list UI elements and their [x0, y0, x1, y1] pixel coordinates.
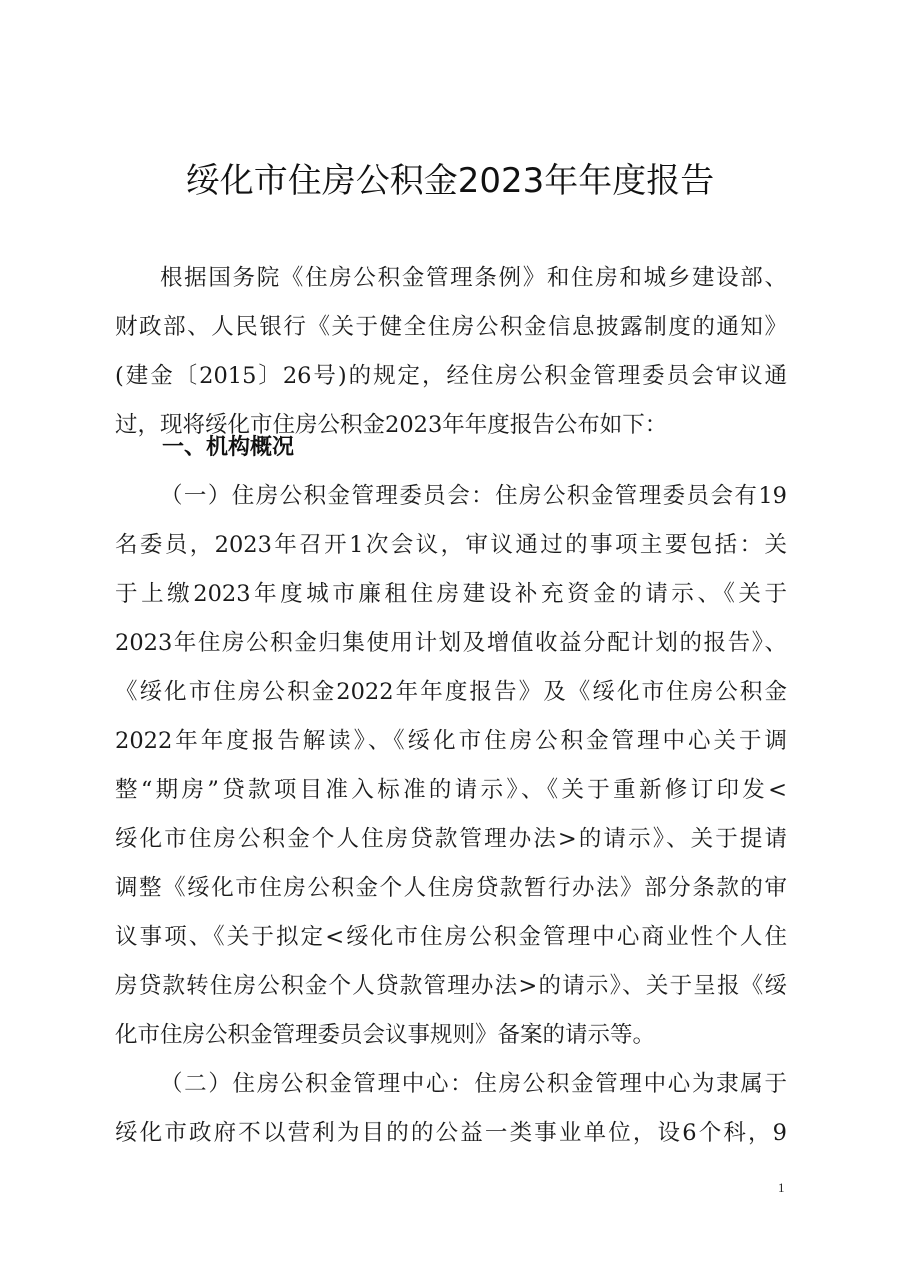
- subsection-1-line-9: 调整《绥化市住房公积金个人住房贷款暂行办法》部分条款的审: [115, 872, 787, 904]
- intro-line-3: (建金〔2015〕26号)的规定，经住房公积金管理委员会审议通: [115, 360, 787, 392]
- subsection-1-line-2: 名委员，2023年召开1次会议，审议通过的事项主要包括：关: [115, 529, 787, 561]
- subsection-1-line-6: 2022年年度报告解读》、《绥化市住房公积金管理中心关于调: [115, 725, 787, 757]
- subsection-2-line-1: （二）住房公积金管理中心：住房公积金管理中心为隶属于: [160, 1068, 787, 1100]
- subsection-1-line-8: 绥化市住房公积金个人住房贷款管理办法>的请示》、关于提请: [115, 823, 787, 855]
- document-title: 绥化市住房公积金2023年年度报告: [0, 158, 900, 204]
- subsection-2-line-2: 绥化市政府不以营利为目的的公益一类事业单位，设6个科，9: [115, 1117, 787, 1149]
- page-number: 1: [778, 1180, 785, 1196]
- section-heading-organization: 一、机构概况: [162, 432, 294, 464]
- subsection-1-line-1: （一）住房公积金管理委员会：住房公积金管理委员会有19: [160, 480, 787, 512]
- subsection-1-line-10: 议事项、《关于拟定<绥化市住房公积金管理中心商业性个人住: [115, 921, 787, 953]
- subsection-1-line-12: 化市住房公积金管理委员会议事规则》备案的请示等。: [115, 1019, 787, 1051]
- intro-line-1: 根据国务院《住房公积金管理条例》和住房和城乡建设部、: [160, 262, 787, 294]
- subsection-1-line-11: 房贷款转住房公积金个人贷款管理办法>的请示》、关于呈报《绥: [115, 970, 787, 1002]
- subsection-1-line-5: 《绥化市住房公积金2022年年度报告》及《绥化市住房公积金: [115, 676, 787, 708]
- subsection-1-line-7: 整“期房”贷款项目准入标准的请示》、《关于重新修订印发<: [115, 774, 787, 806]
- intro-line-2: 财政部、人民银行《关于健全住房公积金信息披露制度的通知》: [115, 311, 787, 343]
- subsection-1-line-4: 2023年住房公积金归集使用计划及增值收益分配计划的报告》、: [115, 627, 787, 659]
- document-page: 绥化市住房公积金2023年年度报告 根据国务院《住房公积金管理条例》和住房和城乡…: [0, 0, 900, 1272]
- subsection-1-line-3: 于上缴2023年度城市廉租住房建设补充资金的请示、《关于: [115, 578, 787, 610]
